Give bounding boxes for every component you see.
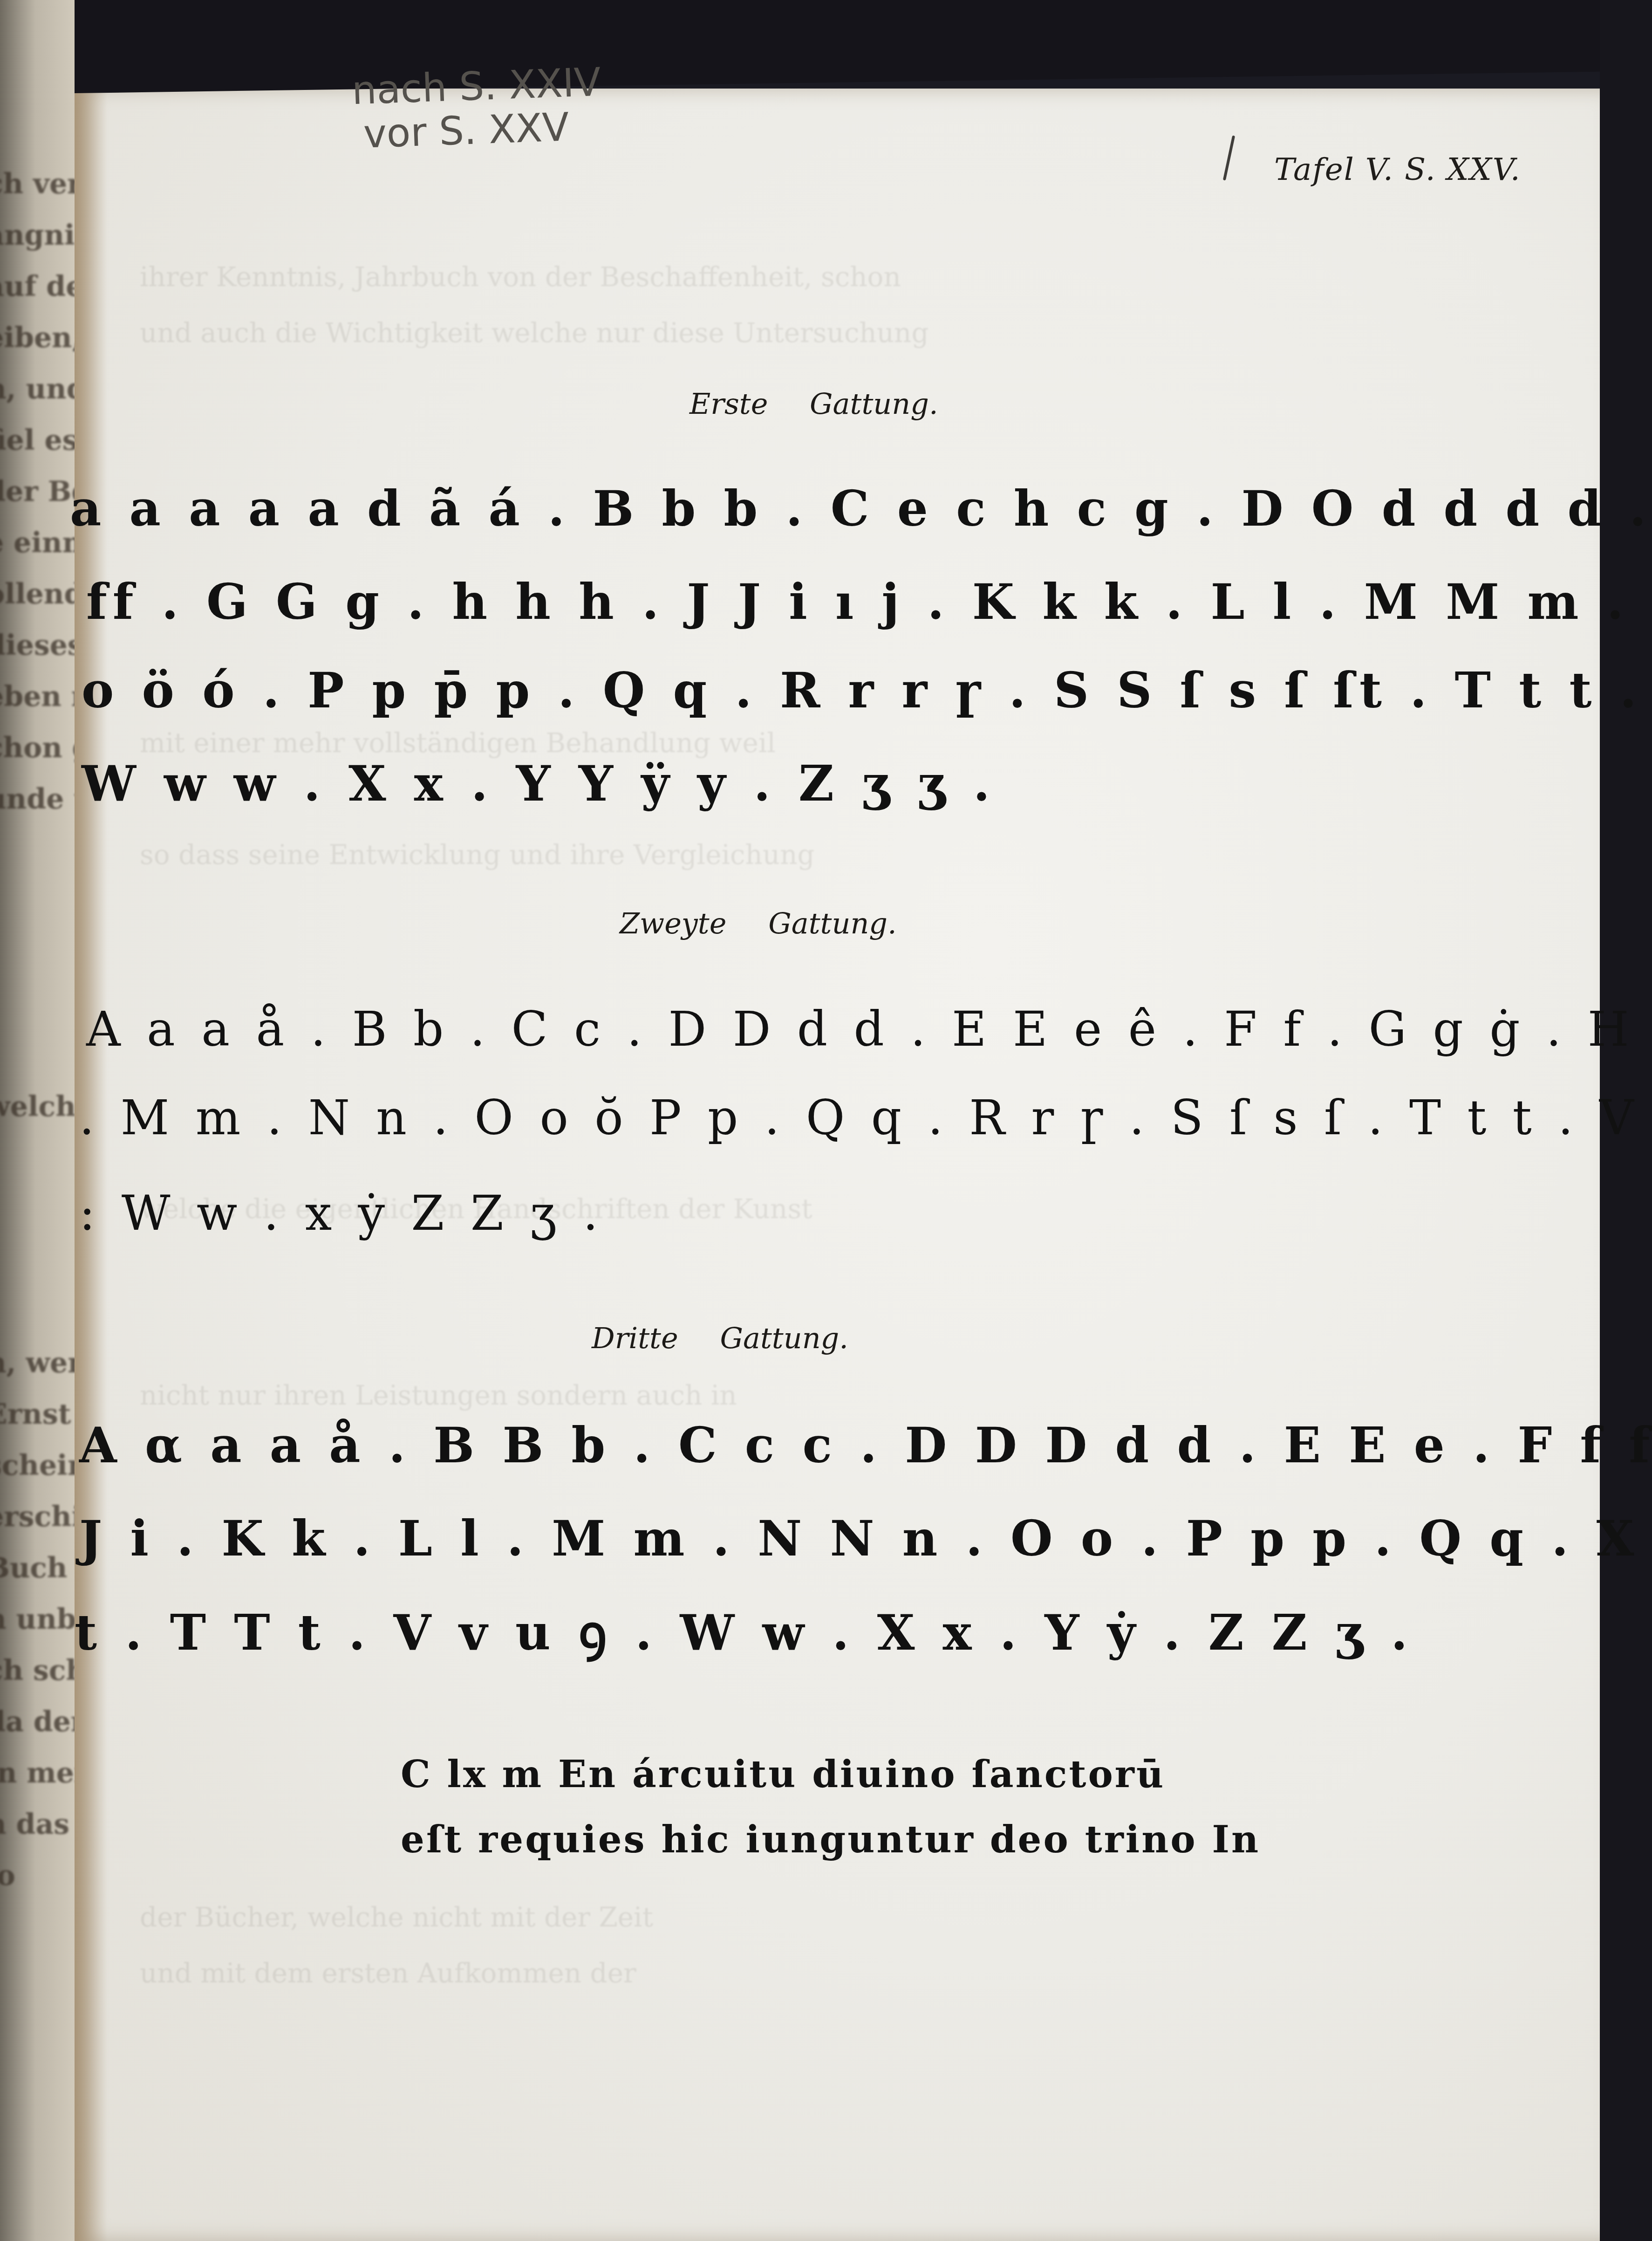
alphabet-row: ff . G G g . h h h . J J i ı j . K k k .… xyxy=(86,573,1652,630)
gutter-shadow xyxy=(75,89,107,2241)
bleed-through-line: der Bücher, welche nicht mit der Zeit xyxy=(140,1901,653,1933)
bleed-through-line: ihrer Kenntnis, Jahrbuch von der Beschaf… xyxy=(140,261,901,293)
section-heading-erste: Erste Gattung. xyxy=(689,387,938,421)
background-top xyxy=(75,0,1652,93)
alphabet-row: o ö ó . P p p̄ p . Q q . R r r ɼ . S S ſ… xyxy=(82,662,1652,719)
motto-line-2: eſt requies hic iunguntur deo trino In xyxy=(401,1817,1260,1861)
bleed-through-line: so dass seine Entwicklung und ihre Vergl… xyxy=(140,839,815,870)
bleed-through-line: und auch die Wichtigkeit welche nur dies… xyxy=(140,317,929,349)
alphabet-row: A α a a å . B B b . C c c . D D D d d . … xyxy=(79,1417,1652,1474)
pencil-note-line-2: vor S. XXV xyxy=(363,106,570,155)
plate-label: Tafel V. S. XXV. xyxy=(1274,151,1521,187)
alphabet-row: t . T T t . V v u ꝯ . W w . X x . Y ẏ . … xyxy=(75,1598,1413,1664)
alphabet-row: a a a a a d ã á . B b b . C e c h c g . … xyxy=(70,480,1652,537)
section-heading-dritte: Dritte Gattung. xyxy=(592,1321,848,1355)
bleed-through-line: mit einer mehr vollständigen Behandlung … xyxy=(140,727,776,759)
section-heading-zweyte: Zweyte Gattung. xyxy=(620,906,897,940)
alphabet-row: : W w . x ẏ Z Z ʒ . xyxy=(79,1186,604,1241)
alphabet-row: W w w . X x . Y Y ÿ y . Z ʒ ʒ . xyxy=(82,755,996,812)
alphabet-row: J i . K k . L l . M m . N N n . O o . P … xyxy=(79,1510,1652,1567)
alphabet-row: A a a å . B b . C c . D D d d . E E e ê … xyxy=(86,1002,1652,1057)
bleed-through-line: nicht nur ihren Leistungen sondern auch … xyxy=(140,1379,737,1411)
alphabet-row: . M m . N n . O o ŏ P p . Q q . R r ɼ . … xyxy=(79,1090,1652,1146)
motto-line-1: C lx m En árcuitu diuino ſanctorū xyxy=(401,1752,1165,1796)
bleed-through-line: und mit dem ersten Aufkommen der xyxy=(140,1957,636,1989)
